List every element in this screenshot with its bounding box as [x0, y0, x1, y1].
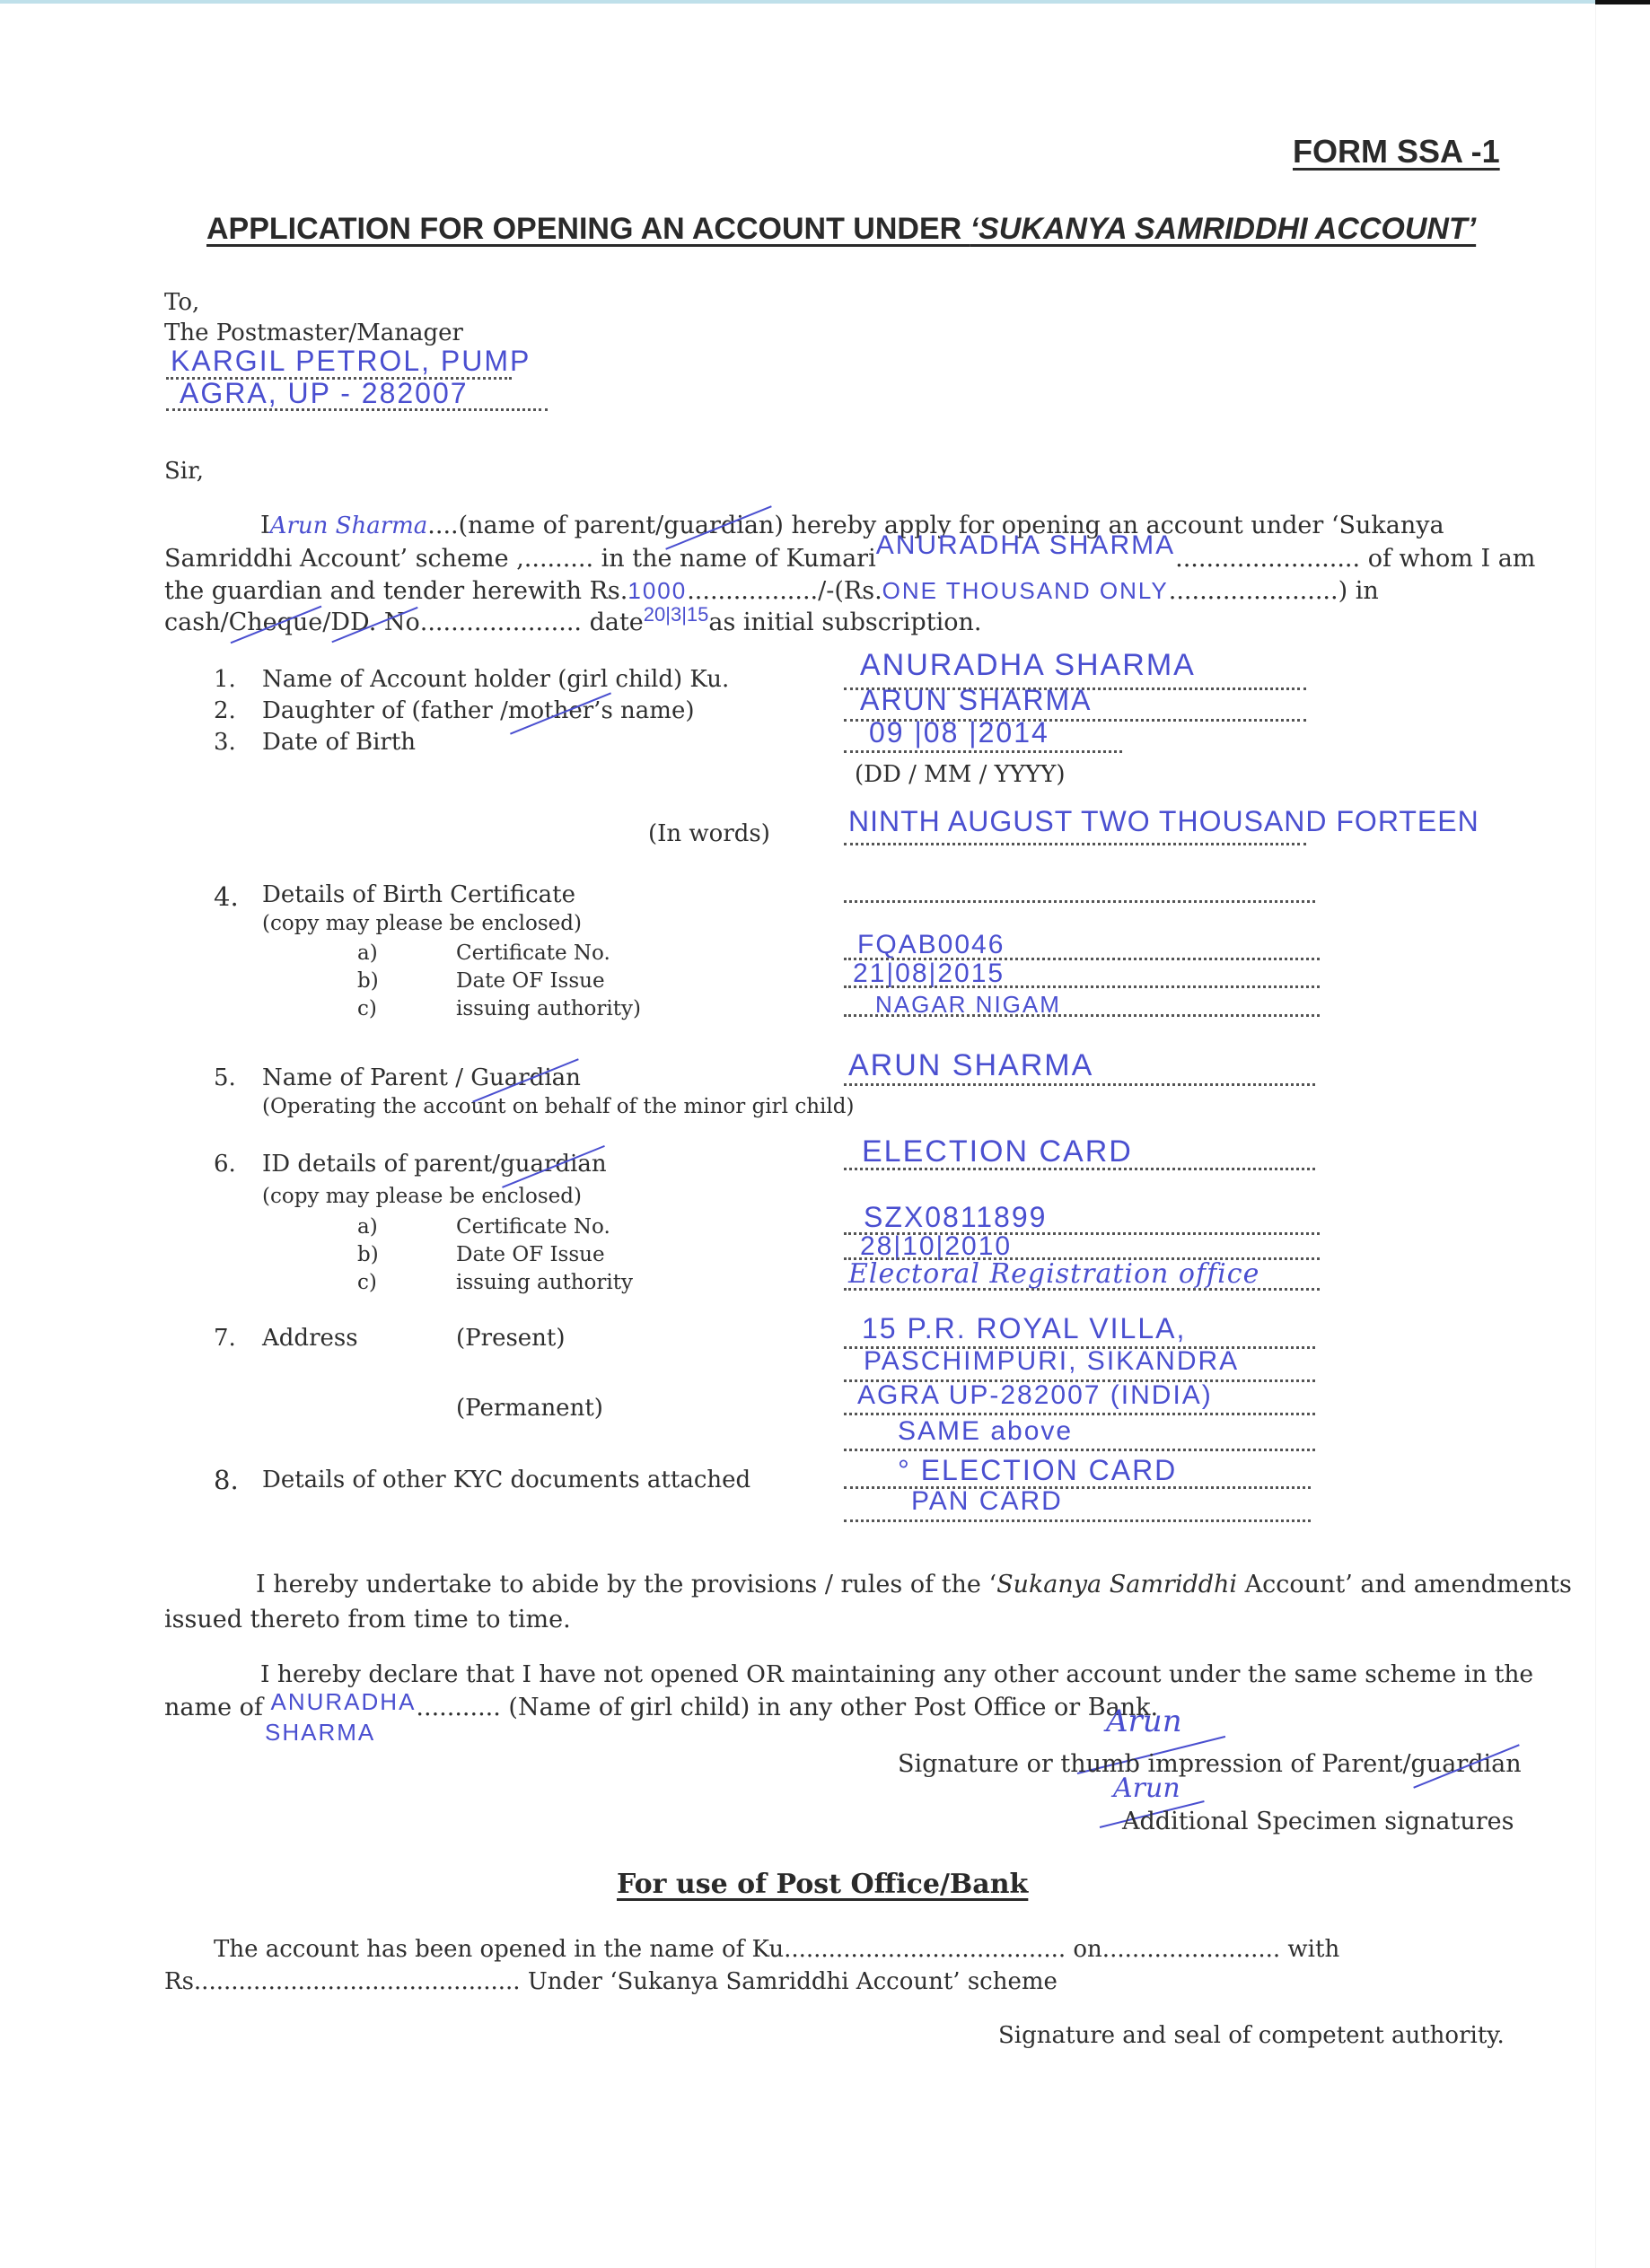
- field-6-number: 6.: [214, 1151, 236, 1178]
- specimen-signature-label: Additional Specimen signatures: [1122, 1808, 1514, 1835]
- item-key: b): [357, 1243, 379, 1266]
- dotted-line: [844, 1519, 1311, 1522]
- specimen-signature[interactable]: Arun: [1113, 1773, 1180, 1804]
- item-key: b): [357, 969, 379, 993]
- field-7-label: Address: [262, 1325, 358, 1352]
- birth-certificate-date-field[interactable]: 21|08|2015: [853, 959, 1005, 989]
- field-1-label: Name of Account holder (girl child) Ku.: [262, 666, 729, 693]
- application-line-4: cash/Cheque/DD. No..................... …: [164, 607, 981, 640]
- field-6-note: (copy may please be enclosed): [262, 1185, 582, 1208]
- field-8-number: 8.: [214, 1465, 239, 1495]
- to-line: To,: [164, 289, 199, 316]
- issuing-authority-label: issuing authority: [456, 1271, 633, 1294]
- field-4-number: 4.: [214, 881, 239, 912]
- dotted-line: [844, 1014, 1320, 1017]
- office-use-line-2: Rs......................................…: [164, 1966, 1058, 1998]
- date-of-birth-field[interactable]: 09 |08 |2014: [869, 716, 1049, 749]
- declaration-girl-surname[interactable]: SHARMA: [265, 1719, 375, 1747]
- date-of-issue-label: Date OF Issue: [456, 1243, 605, 1266]
- application-line-1: IArun Sharma....(name of parent/guardian…: [260, 510, 1444, 542]
- item-key: a): [357, 1215, 378, 1239]
- declaration-girl-name-field[interactable]: ANURADHA: [271, 1688, 417, 1715]
- field-4-note: (copy may please be enclosed): [262, 912, 582, 935]
- field-7-number: 7.: [214, 1325, 236, 1352]
- field-8-label: Details of other KYC documents attached: [262, 1467, 750, 1493]
- branch-line-2[interactable]: AGRA, UP - 282007: [180, 377, 469, 410]
- page-title: APPLICATION FOR OPENING AN ACCOUNT UNDER…: [206, 212, 1476, 247]
- dotted-line: [844, 1083, 1315, 1086]
- amount-words-field[interactable]: ONE THOUSAND ONLY: [882, 577, 1169, 604]
- scan-right-margin: [1595, 0, 1650, 2268]
- field-4-label: Details of Birth Certificate: [262, 881, 575, 908]
- present-address-line-2[interactable]: PASCHIMPURI, SIKANDRA: [864, 1346, 1239, 1377]
- dotted-line: [844, 1288, 1320, 1291]
- present-address-line-1[interactable]: 15 P.R. ROYAL VILLA,: [862, 1312, 1186, 1345]
- date-of-issue-label: Date OF Issue: [456, 969, 605, 993]
- declaration-line-1: I hereby declare that I have not opened …: [260, 1659, 1533, 1691]
- issuing-authority-label: issuing authority): [456, 997, 641, 1020]
- dotted-line: [844, 1449, 1315, 1451]
- kumari-name-field[interactable]: ANURADHA SHARMA: [876, 530, 1175, 560]
- salutation: Sir,: [164, 458, 204, 485]
- certificate-no-label: Certificate No.: [456, 941, 610, 965]
- present-address-label: (Present): [456, 1325, 566, 1352]
- item-key: c): [357, 1271, 377, 1294]
- dotted-line: [844, 750, 1122, 753]
- account-holder-name-field[interactable]: ANURADHA SHARMA: [860, 648, 1196, 683]
- office-use-line-1: The account has been opened in the name …: [214, 1933, 1339, 1966]
- field-3-label: Date of Birth: [262, 729, 416, 756]
- field-5-label: Name of Parent / Guardian: [262, 1064, 581, 1091]
- kyc-document-1[interactable]: ° ELECTION CARD: [898, 1454, 1177, 1487]
- dob-in-words-field[interactable]: NINTH AUGUST TWO THOUSAND FORTEEN: [848, 805, 1479, 838]
- undertaking-line-1: I hereby undertake to abide by the provi…: [256, 1569, 1572, 1601]
- dotted-line: [844, 843, 1306, 845]
- item-key: c): [357, 997, 377, 1020]
- id-number-field[interactable]: SZX0811899: [864, 1201, 1047, 1234]
- field-3-number: 3.: [214, 729, 236, 756]
- subscription-date-field[interactable]: 20|3|15: [644, 603, 709, 626]
- application-line-3: the guardian and tender herewith Rs.1000…: [164, 574, 1379, 608]
- recipient: The Postmaster/Manager: [164, 320, 463, 346]
- field-5-note: (Operating the account on behalf of the …: [262, 1095, 854, 1118]
- amount-field[interactable]: 1000: [628, 577, 687, 604]
- id-issuing-authority-field[interactable]: Electoral Registration office: [848, 1258, 1259, 1290]
- field-6-label: ID details of parent/guardian: [262, 1151, 607, 1178]
- undertaking-line-2: issued thereto from time to time.: [164, 1604, 571, 1636]
- parent-name-field[interactable]: Arun Sharma: [270, 512, 428, 539]
- application-line-2: Samriddhi Account’ scheme ,......... in …: [164, 542, 1535, 575]
- in-words-label: (In words): [648, 820, 770, 847]
- field-5-number: 5.: [214, 1064, 236, 1091]
- field-1-number: 1.: [214, 666, 236, 693]
- birth-certificate-no-field[interactable]: FQAB0046: [857, 930, 1005, 960]
- signature-label: Signature or thumb impression of Parent/…: [898, 1750, 1522, 1778]
- dotted-line: [844, 1413, 1315, 1415]
- title-scheme: ‘SUKANYA SAMRIDDHI ACCOUNT’: [970, 212, 1477, 246]
- certificate-no-label: Certificate No.: [456, 1215, 610, 1239]
- title-prefix: APPLICATION FOR OPENING AN ACCOUNT UNDER: [206, 212, 970, 246]
- dotted-line: [844, 900, 1315, 903]
- kyc-document-2[interactable]: PAN CARD: [911, 1486, 1063, 1517]
- branch-line-1[interactable]: KARGIL PETROL, PUMP: [171, 345, 531, 378]
- present-address-line-3[interactable]: AGRA UP-282007 (INDIA): [857, 1380, 1213, 1411]
- scan-corner-mark: [1595, 0, 1650, 4]
- id-type-field[interactable]: ELECTION CARD: [862, 1134, 1133, 1169]
- dob-format-hint: (DD / MM / YYYY): [855, 761, 1065, 788]
- field-2-label: Daughter of (father /mother’s name): [262, 697, 695, 724]
- father-name-field[interactable]: ARUN SHARMA: [860, 684, 1092, 717]
- permanent-address-field[interactable]: SAME above: [898, 1416, 1073, 1447]
- item-key: a): [357, 941, 378, 965]
- dotted-line: [166, 408, 548, 411]
- competent-authority-signature-label: Signature and seal of competent authorit…: [998, 2019, 1505, 2052]
- dotted-line: [844, 1168, 1315, 1170]
- form-code: FORM SSA -1: [1293, 133, 1500, 171]
- dotted-line: [844, 985, 1320, 988]
- field-2-number: 2.: [214, 697, 236, 724]
- office-use-heading: For use of Post Office/Bank: [617, 1869, 1028, 1900]
- parent-signature[interactable]: Arun: [1106, 1703, 1182, 1739]
- permanent-address-label: (Permanent): [456, 1395, 603, 1422]
- scan-top-edge: [0, 0, 1595, 4]
- operating-parent-name-field[interactable]: ARUN SHARMA: [848, 1048, 1093, 1083]
